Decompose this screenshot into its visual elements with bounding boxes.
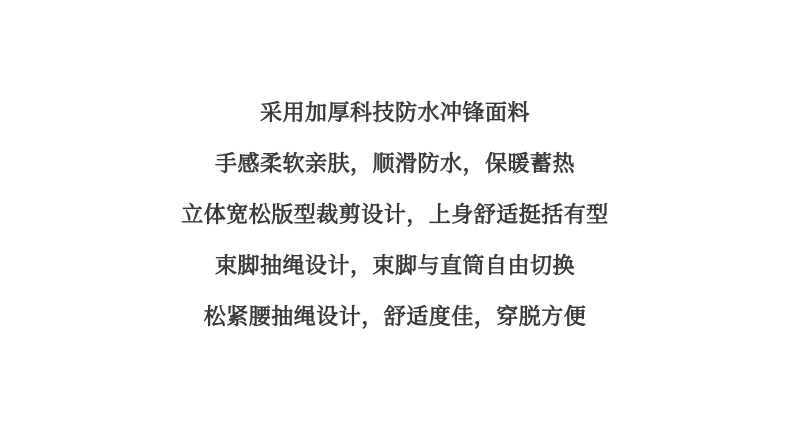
feature-line-fabric: 采用加厚科技防水冲锋面料 [0, 87, 790, 138]
feature-line-feel: 手感柔软亲肤，顺滑防水，保暖蓄热 [0, 138, 790, 189]
feature-line-cut: 立体宽松版型裁剪设计，上身舒适挺括有型 [0, 189, 790, 240]
feature-line-waist: 松紧腰抽绳设计，舒适度佳，穿脱方便 [0, 291, 790, 342]
product-description-page: 采用加厚科技防水冲锋面料 手感柔软亲肤，顺滑防水，保暖蓄热 立体宽松版型裁剪设计… [0, 0, 790, 436]
feature-line-cuff: 束脚抽绳设计，束脚与直筒自由切换 [0, 240, 790, 291]
feature-list: 采用加厚科技防水冲锋面料 手感柔软亲肤，顺滑防水，保暖蓄热 立体宽松版型裁剪设计… [0, 87, 790, 342]
